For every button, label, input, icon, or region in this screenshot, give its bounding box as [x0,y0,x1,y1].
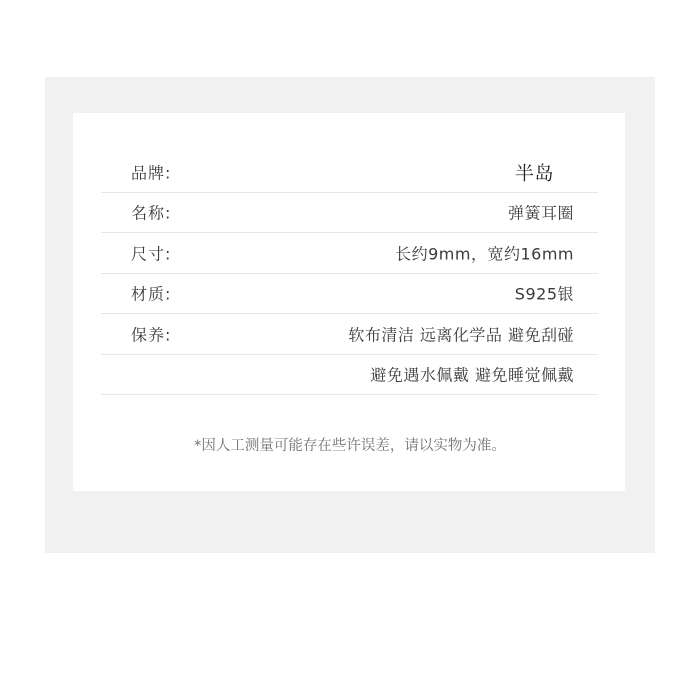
material-label: 材质: [131,282,171,305]
size-label: 尺寸: [131,241,171,264]
material-value: S925银 [515,282,574,305]
row-name: 名称: 弹簧耳圈 [101,193,598,234]
row-brand: 品牌: 半岛 [101,152,598,193]
care-continued-value: 避免遇水佩戴 避免睡觉佩戴 [370,363,574,386]
brand-value: 半岛 [515,158,554,185]
row-size: 尺寸: 长约9mm，宽约16mm [101,233,598,274]
measurement-footnote: *因人工测量可能存在些许误差，请以实物为准。 [0,434,700,455]
row-care-continued: 避免遇水佩戴 避免睡觉佩戴 [101,355,598,396]
name-value: 弹簧耳圈 [508,201,574,224]
row-material: 材质: S925银 [101,274,598,315]
row-care: 保养: 软布清洁 远离化学品 避免刮碰 [101,314,598,355]
care-value: 软布清洁 远离化学品 避免刮碰 [348,322,574,345]
spec-table: 品牌: 半岛 名称: 弹簧耳圈 尺寸: 长约9mm，宽约16mm 材质: S92… [101,152,598,395]
care-label: 保养: [131,322,171,345]
name-label: 名称: [131,201,171,224]
brand-label: 品牌: [131,160,171,183]
size-value: 长约9mm，宽约16mm [395,241,574,264]
